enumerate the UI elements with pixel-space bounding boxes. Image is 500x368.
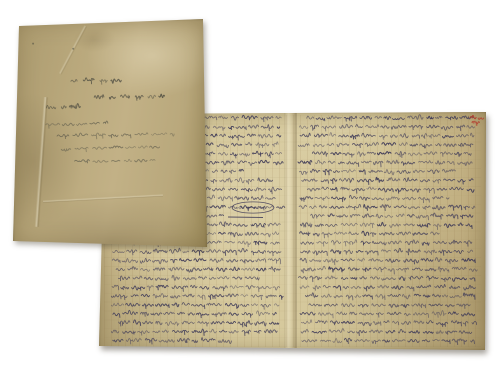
cover-handwriting-ink — [11, 17, 210, 250]
paper-crease — [43, 194, 163, 203]
center-fold — [284, 112, 297, 350]
paper-crease — [34, 97, 48, 227]
photo-stage — [0, 0, 500, 368]
cover-sheet — [13, 19, 207, 248]
paper-crease — [59, 25, 88, 75]
cover-paper — [13, 19, 207, 248]
